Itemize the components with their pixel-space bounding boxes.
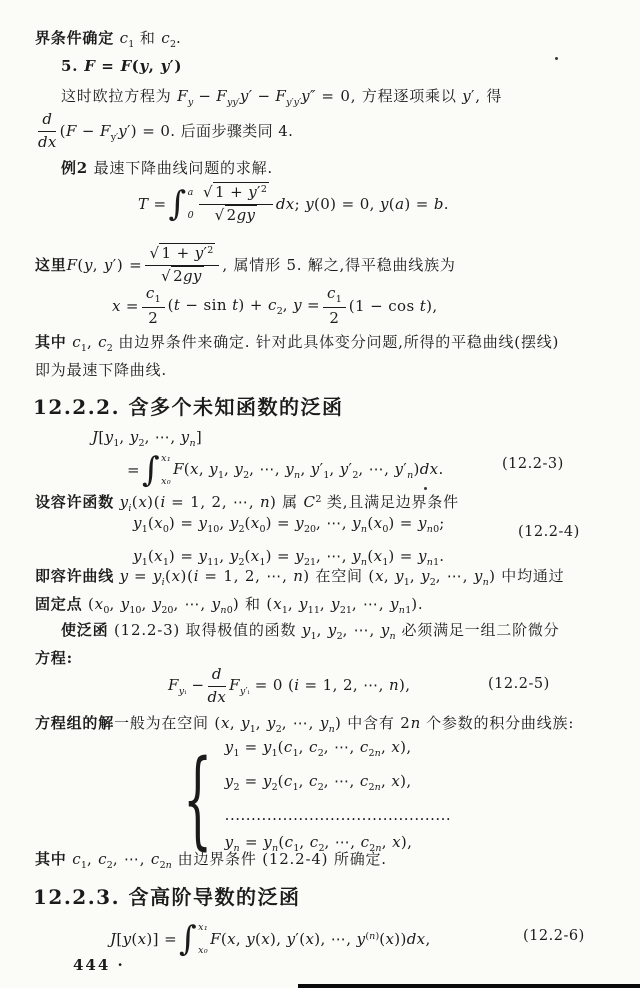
math-run: (t − sin t) + c2, y = [168, 296, 320, 317]
paragraph-extremal-condition-1: 使泛函 (12.2-3) 取得极值的函数 y1, y2, ⋯, yn 必须满足一… [61, 619, 559, 648]
radical-sign: √ [203, 183, 213, 201]
integral-lower-limit: x₀ [161, 476, 171, 487]
scan-speck [424, 487, 427, 490]
paragraph-euler-equation: 这时欧拉方程为 Fy − Fyy′y′ − Fy′y′y″ = 0, 方程逐项乘… [61, 85, 502, 114]
text-lead: 固定点 [35, 595, 82, 613]
equation-higher-order-functional: J[y(x)] = ∫ x₁ x₀ F(x, y(x), y′(x), ⋯, y… [110, 916, 431, 962]
text-run: 一般为在空间 (x, y1, y2, ⋯, yn) 中含有 2n 个参数的积分曲… [114, 714, 574, 732]
fraction-denominator: √2gy [161, 266, 204, 287]
fraction: c1 2 [323, 284, 346, 329]
fraction-numerator: d [38, 110, 56, 132]
section-heading-12-2-3: 12.2.3. 含高阶导数的泛函 [33, 881, 301, 910]
scan-edge-artifact [298, 984, 640, 988]
math-run: T = [138, 195, 166, 213]
system-row-1: y1 = y1(c1, c2, ⋯, c2n, x), [225, 735, 452, 766]
paragraph-admissible-curves-1: 即容许曲线 y = yi(x)(i = 1, 2, ⋯, n) 在空间 (x, … [35, 565, 564, 594]
integral-limits: x₁ x₀ [198, 919, 208, 959]
integral-sign: ∫ [142, 455, 160, 486]
radical-sign: √ [149, 244, 159, 262]
equation-number-12-2-6: (12.2-6) [523, 928, 585, 944]
math-run: 这时欧拉方程为 Fy − Fyy′y′ − Fy′y′y″ = 0, 方程逐项乘… [61, 87, 502, 105]
equation-number-12-2-4: (12.2-4) [518, 524, 580, 540]
fraction-denominator: 2 [148, 308, 158, 329]
system-rows: y1 = y1(c1, c2, ⋯, c2n, x), y2 = y2(c1, … [225, 735, 452, 861]
equation-euler-system: Fyᵢ − d dx Fy′ᵢ = 0 (i = 1, 2, ⋯, n), [168, 664, 410, 708]
text-lead: 这里 [35, 254, 67, 276]
fraction-denominator: dx [207, 687, 226, 708]
fraction-numerator: √1 + y′2 [145, 244, 219, 266]
integral-lower-limit: x₀ [198, 945, 208, 956]
fraction-denominator: √2gy [215, 205, 258, 226]
text-run: c1, c2, ⋯, c2n 由边界条件 (12.2-4) 所确定. [67, 850, 387, 868]
integral-sign: ∫ [179, 924, 197, 955]
math-run: Fy′ᵢ = 0 (i = 1, 2, ⋯, n), [229, 676, 410, 697]
math-run: J[y(x)] = [110, 930, 177, 948]
case-5-heading: 5. F = F(y, y′) [61, 55, 182, 77]
radical-sign: √ [161, 267, 171, 285]
equation-brachistochrone-functional: T = ∫ a 0 √1 + y′2 √2gy dx; y(0) = 0, y(… [138, 176, 449, 232]
fraction: √1 + y′2 √2gy [145, 244, 219, 286]
text-run: 最速下降曲线问题的求解. [88, 159, 273, 177]
math-run: J[y1, y2, ⋯, yn] [92, 428, 202, 446]
system-row-2: y2 = y2(c1, c2, ⋯, c2n, x), [225, 769, 452, 800]
text-lead: 即容许曲线 [35, 567, 114, 585]
text-lead: 界条件确定 [35, 29, 114, 47]
paragraph-boundary-conditions: 界条件确定 c1 和 c2. [35, 27, 182, 56]
fraction-numerator: c1 [142, 284, 165, 308]
paragraph-cycloid-remark-2: 即为最速下降曲线. [35, 359, 167, 381]
equation-number-12-2-3: (12.2-3) [502, 456, 564, 472]
integral-upper-limit: a [188, 187, 194, 198]
math-run: F(x, y(x), y′(x), ⋯, y(n)(x))dx, [210, 930, 430, 948]
heading-text: 12.2.2. 含多个未知函数的泛函 [33, 395, 344, 419]
text-lead: 其中 [35, 333, 67, 351]
integral-limits: x₁ x₀ [161, 450, 171, 490]
text-run: (12.2-3) 取得极值的函数 y1, y2, ⋯, yn 必须满足一组二阶微… [108, 621, 559, 639]
integral: ∫ x₁ x₀ [142, 450, 171, 490]
radicand: 1 + y′2 [213, 182, 269, 201]
equation-integral-curve-system: { y1 = y1(c1, c2, ⋯, c2n, x), y2 = y2(c1… [183, 735, 451, 861]
fraction-denominator: 2 [329, 308, 339, 329]
page-number: 444 · [73, 956, 125, 974]
math-run: (F − Fy′y′) = 0. 后面步骤类同 4. [60, 120, 294, 143]
system-row-ellipsis: ........................................… [225, 803, 452, 827]
equation-number-12-2-5: (12.2-5) [488, 676, 550, 692]
fraction-numerator: c1 [323, 284, 346, 308]
paragraph-extremal-condition-2: 方程: [35, 647, 73, 669]
integral-lower-limit: 0 [188, 210, 194, 221]
text-lead: 其中 [35, 850, 67, 868]
paragraph-cycloid-remark-1: 其中 c1, c2 由边界条件来确定. 针对此具体变分问题,所得的平稳曲线(摆线… [35, 331, 559, 360]
math-run: c1 和 c2. [114, 29, 182, 47]
scan-speck [555, 57, 558, 60]
paragraph-constants-determined: 其中 c1, c2, ⋯, c2n 由边界条件 (12.2-4) 所确定. [35, 848, 387, 877]
integral-upper-limit: x₁ [198, 922, 208, 933]
radicand: 2gy [171, 266, 204, 285]
radical-sign: √ [215, 206, 225, 224]
math-run: F(y, y′) = [67, 254, 143, 276]
math-run: Fyᵢ − [168, 676, 204, 697]
radicand: 2gy [225, 205, 258, 224]
text-run: y = yi(x)(i = 1, 2, ⋯, n) 在空间 (x, y1, y2… [114, 567, 564, 585]
equation-cycloid-family: x = c1 2 (t − sin t) + c2, y = c1 2 (1 −… [112, 284, 438, 328]
scan-speck [312, 262, 315, 265]
text-run: (x0, y10, y20, ⋯, yn0) 和 (x1, y11, y21, … [82, 595, 423, 613]
integral-limits: a 0 [188, 184, 194, 224]
fraction-numerator: √1 + y′2 [199, 183, 273, 205]
fraction: √1 + y′2 √2gy [199, 183, 273, 225]
math-run: = [127, 461, 140, 479]
equation-derivative-identity: d dx (F − Fy′y′) = 0. 后面步骤类同 4. [35, 111, 293, 151]
text-lead: 设容许函数 [35, 493, 114, 511]
text-lead: 例2 [61, 159, 88, 177]
radicand: 1 + y′2 [159, 243, 215, 262]
integral-upper-limit: x₁ [161, 453, 171, 464]
text-run: 即为最速下降曲线. [35, 361, 167, 379]
fraction-denominator: dx [38, 132, 57, 153]
integral: ∫ a 0 [168, 184, 194, 224]
section-heading-12-2-2: 12.2.2. 含多个未知函数的泛函 [33, 391, 344, 420]
text-run: 方程: [35, 649, 73, 667]
fraction-numerator: d [208, 665, 226, 687]
text-lead: 方程组的解 [35, 714, 114, 732]
integral: ∫ x₁ x₀ [179, 919, 208, 959]
math-run: x = [112, 297, 139, 315]
fraction: c1 2 [142, 284, 165, 329]
fraction: d dx [207, 665, 226, 707]
integral-sign: ∫ [168, 189, 186, 220]
text-run: c1, c2 由边界条件来确定. 针对此具体变分问题,所得的平稳曲线(摆线) [67, 333, 560, 351]
equation-multi-functional-rhs: = ∫ x₁ x₀ F(x, y1, y2, ⋯, yn, y′1, y′2, … [127, 447, 444, 493]
fraction: d dx [38, 110, 57, 152]
text-lead: 使泛函 [61, 621, 108, 639]
math-run: 5. F = F(y, y′) [61, 57, 182, 75]
scanned-textbook-page: { "page": { "footer": "444 ·", "paper_co… [0, 0, 640, 988]
text-run: yi(x)(i = 1, 2, ⋯, n) 属 C2 类,且满足边界条件 [114, 493, 459, 511]
boundary-condition-line-1: y1(x0) = y10, y2(x0) = y20, ⋯, yn(x0) = … [133, 510, 445, 543]
paragraph-admissible-curves-2: 固定点 (x0, y10, y20, ⋯, yn0) 和 (x1, y11, y… [35, 593, 423, 622]
equation-multi-functional-lhs: J[y1, y2, ⋯, yn] [92, 428, 202, 449]
system-brace: { [183, 745, 213, 851]
heading-text: 12.2.3. 含高阶导数的泛函 [33, 885, 301, 909]
math-run: F(x, y1, y2, ⋯, yn, y′1, y′2, ⋯, y′n)dx. [173, 460, 444, 481]
text-run: , 属情形 5. 解之,得平稳曲线族为 [222, 254, 455, 276]
math-run: (1 − cos t), [349, 297, 438, 315]
math-run: dx; y(0) = 0, y(a) = b. [276, 195, 449, 213]
